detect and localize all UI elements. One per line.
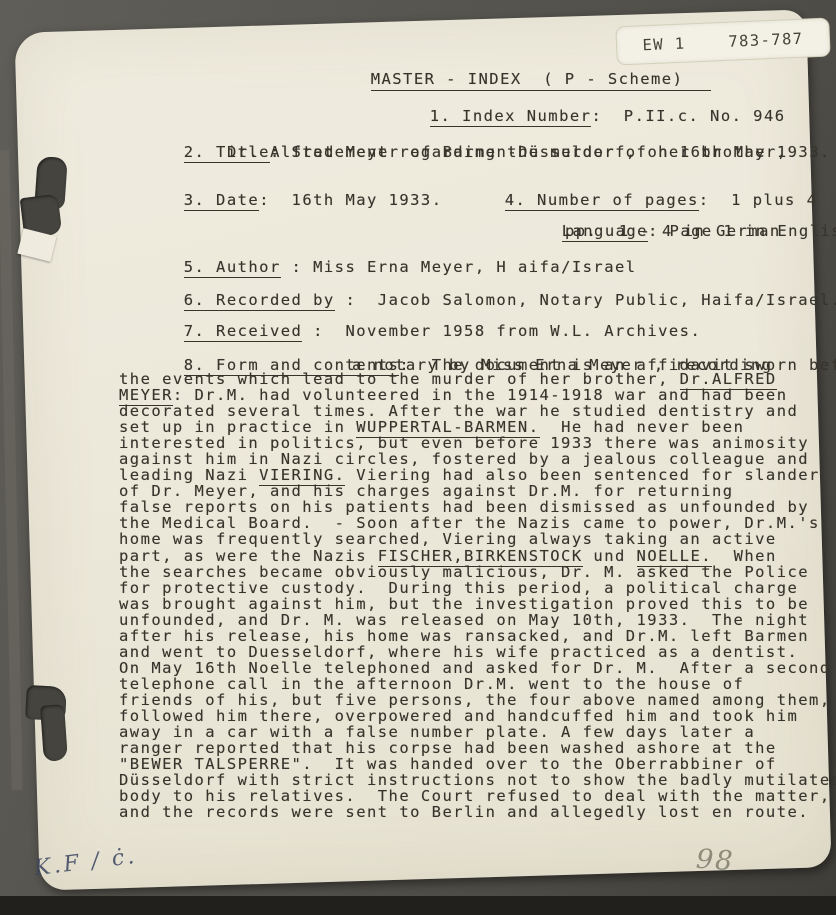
field-title-value-line2: Dr. Alfred Meyer of Barmen-Düsseldorf, o… bbox=[227, 144, 831, 160]
body-line: body to his relatives. The Court refused… bbox=[119, 788, 836, 804]
body-line: unfounded, and Dr. M. was released on Ma… bbox=[119, 612, 836, 628]
field-date-value: : 16th May 1933. bbox=[259, 191, 442, 209]
body-line: leading Nazi VIERING. Viering had also b… bbox=[119, 467, 836, 483]
body-line: followed him there, overpowered and hand… bbox=[119, 708, 836, 724]
body-line: home was frequently searched, Viering al… bbox=[119, 531, 836, 547]
body-line: was brought against him, but the investi… bbox=[119, 596, 836, 612]
body-paragraph: the events which lead to the murder of h… bbox=[119, 371, 836, 820]
field-date-label: 3. Date bbox=[184, 191, 259, 211]
body-line: after his release, his home was ransacke… bbox=[119, 628, 836, 644]
body-line: away in a car with a false number plate.… bbox=[119, 724, 836, 740]
body-line: friends of his, but five persons, the fo… bbox=[119, 692, 836, 708]
field-date: 3. Date: 16th May 1933. bbox=[119, 176, 442, 224]
body-line: against him in Nazi circles, fostered by… bbox=[119, 451, 836, 467]
body-line: interested in politics, but even before … bbox=[119, 435, 836, 451]
body-line: the searches became obviously malicious,… bbox=[119, 564, 836, 580]
body-line: false reports on his patients had been d… bbox=[119, 499, 836, 515]
field-received-label: 7. Received bbox=[184, 322, 303, 342]
body-line: decorated several times. After the war h… bbox=[119, 403, 836, 419]
body-line: set up in practice in WUPPERTAL-BARMEN. … bbox=[119, 419, 836, 435]
body-line: of Dr. Meyer, and his charges against Dr… bbox=[119, 483, 836, 499]
scanned-document-photo: EW 1 783-787 MASTER - INDEX ( P - Scheme… bbox=[0, 0, 836, 915]
body-line: MEYER: Dr.M. had volunteered in the 1914… bbox=[119, 387, 836, 403]
backdrop-bottom-strip bbox=[0, 896, 836, 915]
body-line: ranger reported that his corpse had been… bbox=[119, 740, 836, 756]
body-text: and the records were sent to Berlin and … bbox=[119, 803, 809, 821]
field-received-value: : November 1958 from W.L. Archives. bbox=[302, 322, 701, 340]
body-line: On May 16th Noelle telephoned and asked … bbox=[119, 660, 836, 676]
typed-text-layer: MASTER - INDEX ( P - Scheme) 1. Index Nu… bbox=[0, 0, 836, 915]
handwritten-initials: K.F / ċ. bbox=[33, 844, 139, 881]
body-line: for protective custody. During this peri… bbox=[119, 580, 836, 596]
body-line: Düsseldorf with strict instructions not … bbox=[119, 772, 836, 788]
body-line: "BEWER TALSPERRE". It was handed over to… bbox=[119, 756, 836, 772]
field-language-value-line2: pp. 1 - 4 in German bbox=[565, 223, 781, 239]
field-author-value: : Miss Erna Meyer, H aifa/Israel bbox=[281, 258, 637, 276]
body-line: and went to Duesseldorf, where his wife … bbox=[119, 644, 836, 660]
body-line: the Medical Board. - Soon after the Nazi… bbox=[119, 515, 836, 531]
field-index-number-value: : P.II.c. No. 946 bbox=[591, 107, 785, 125]
body-line: and the records were sent to Berlin and … bbox=[119, 804, 836, 820]
field-index-number-label: 1. Index Number bbox=[430, 107, 592, 127]
handwritten-page-number: 98 bbox=[695, 844, 735, 878]
body-line: part, as were the Nazis FISCHER,BIRKENST… bbox=[119, 548, 836, 564]
body-line: the events which lead to the murder of h… bbox=[119, 371, 836, 387]
document-title: MASTER - INDEX ( P - Scheme) bbox=[371, 70, 712, 91]
body-line: telephone call in the afternoon Dr.M. we… bbox=[119, 676, 836, 692]
